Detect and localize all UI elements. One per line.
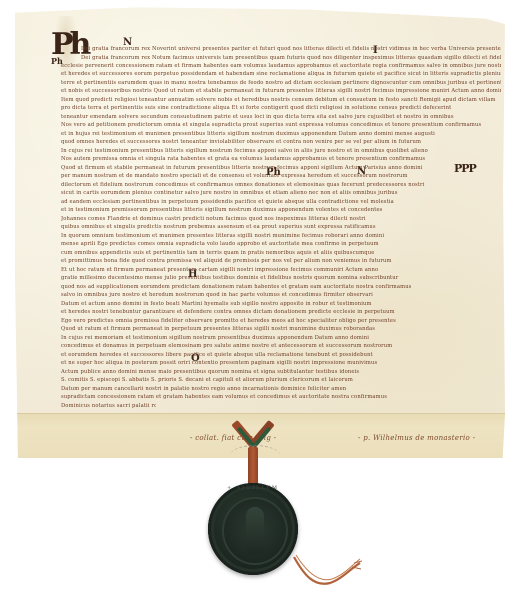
text-line: et in testimonium premissorum presentibu… [61,207,501,213]
text-line: et heredes et successores eorum perpetuo… [61,71,501,77]
text-line: Datum per manum cancellarii nostri in pa… [61,386,501,392]
text-line: In quorum omnium testimonium et munimen … [61,233,501,239]
text-line: Dei gratia francorum rex Noverint univer… [81,46,501,52]
text-line: supradictam concessionem ratam et gratam… [61,394,501,400]
text-line: et in hujus rei testimonium et munimen p… [61,131,501,137]
charter-text-block: Dei gratia francorum rex Noverint univer… [61,46,501,416]
text-line: In cujus rei memoriam et testimonium sig… [61,335,501,341]
text-line: dilectorum et fidelium nostrorum concedi… [61,182,501,188]
cord-tail [292,553,362,591]
text-line: Datum et actum anno domini in festo beat… [61,301,501,307]
text-line: terre et pertinentiis earumdem quas in m… [61,80,501,86]
text-line: teneantur emendam solvere secundum consu… [61,114,501,120]
text-line: per manum nostram et de mandato nostro s… [61,173,451,179]
text-line: Dei gratia francorum rex Notum facimus u… [81,55,501,61]
text-line: ad eandem ecclesiam pertinentibus in per… [61,199,501,205]
text-line: S. comitis S. episcopi S. abbatis S. pri… [61,377,501,383]
seal-field [222,497,288,565]
text-line: Johannes comes Flandrie et dominus castr… [61,216,501,222]
text-line: Dominicus notarius sacri palatii rogatus… [61,403,156,409]
seal-legend: + SIGILLVM [208,485,298,491]
text-line: et ne super hoc aliqua in posterum possi… [61,360,501,366]
parchment-charter: Ph Ph N I Ph N PPP H O Dei gratia franco… [15,6,505,458]
text-line: et promittimus bona fide quod contra pre… [61,258,501,264]
text-line: et nobis et successoribus nostris Quod u… [61,88,501,94]
text-line: concedimus et donamus in perpetuam elemo… [61,343,501,349]
text-line: Et ut hoc ratum et firmum permaneat pres… [61,267,501,273]
text-line: quibus omnibus et singulis predictis nos… [61,224,501,230]
text-line: mense aprili Ego predictus comes omnia s… [61,241,501,247]
text-line: gratie millesimo ducentesimo mense julio… [61,275,501,281]
text-line: In cujus rei testimonium presentibus lit… [61,148,501,154]
text-line: Quod ut firmum et stabile permaneat in f… [61,165,501,171]
text-line: sicut in cartis eorumdem plenius contine… [61,190,501,196]
text-line: Item quod predicti religiosi teneantur a… [61,97,501,103]
seal-figure-icon [246,507,264,555]
plica-note-right: - p. Wilhelmus de monasterio - [358,434,475,442]
text-line: quod nos ad supplicationem eorumdem pred… [61,284,501,290]
text-line: cum omnibus appendiciis suis et pertinen… [61,250,501,256]
text-line: Nos autem premissa omnia et singula rata… [61,156,501,162]
text-line: pro dicta terra et pertinentiis suis sin… [61,105,501,111]
text-line: et eorumdem heredes et successores liber… [61,352,501,358]
text-line: quod omnes heredes et successores nostri… [61,139,501,145]
pendant-seal: + SIGILLVM [200,405,370,599]
text-line: Nos vero ad petitionem predictorum omnia… [61,122,501,128]
text-line: Quod ut ratum et firmum permaneat in per… [61,326,501,332]
text-line: Actum publice anno domini mense maio pre… [61,369,501,375]
text-line: salvo in omnibus jure nostro et heredum … [61,292,501,298]
text-line: et heredes nostri tenebuntur garantizare… [61,309,501,315]
text-line: Ego vero predictus omnia premissa fideli… [61,318,501,324]
wax-seal: + SIGILLVM [208,483,298,575]
text-line: ecclesie pervenerit concessionem ratam e… [61,63,501,69]
